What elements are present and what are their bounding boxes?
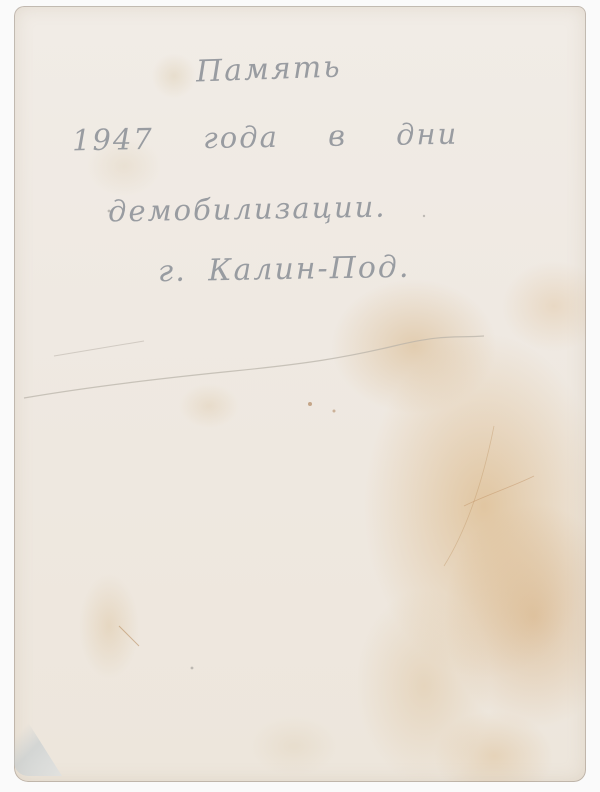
inscription-line-1: Память [195, 49, 342, 89]
scanned-photo-back: Память 1947 года в дни демобилизации. г.… [0, 0, 600, 792]
inscription-line-2: 1947 года в дни [72, 117, 459, 158]
inscription-line-3: демобилизации. [108, 190, 387, 229]
inscription-line-4: г. Калин-Под. [158, 250, 411, 289]
